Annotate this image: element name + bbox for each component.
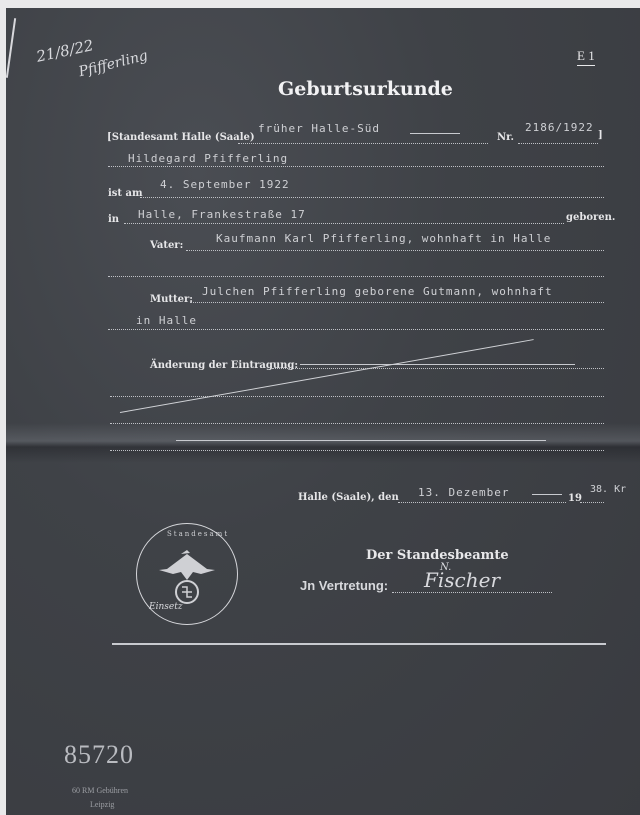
registry-value: früher Halle-Süd [258,122,380,135]
paper-fold [6,423,640,463]
issue-year-underline [580,502,604,503]
birth-date-underline [140,197,604,198]
father-label: Vater: [150,240,183,251]
issue-date-strike [532,494,562,495]
printer-line-2: Leipzig [90,800,114,809]
birth-date-value: 4. September 1922 [160,178,290,191]
registry-underline [238,143,488,144]
issue-date-value: 13. Dezember [418,486,509,499]
father-underline-2 [108,276,604,277]
registry-number-value: 2186/1922 [525,121,594,134]
mother-value-line2: in Halle [136,314,197,327]
issue-date-underline [398,502,566,503]
registry-label: [Standesamt Halle (Saale) [107,132,255,143]
birth-date-label: ist am [108,188,143,199]
birth-place-underline [124,223,564,224]
child-name-underline [108,166,604,167]
deputy-label: Jn Vertretung: [300,578,388,593]
registry-number-label: Nr. [497,132,514,143]
amendment-label: Änderung der Eintragung: [150,360,298,371]
signature-title: Der Standesbeamte [366,548,509,563]
registry-close-bracket: ] [598,130,603,141]
father-value: Kaufmann Karl Pfifferling, wohnhaft in H… [216,232,551,245]
amendment-line-2 [110,396,604,397]
seal-handwritten: Einsetz [149,602,183,612]
child-name-value: Hildegard Pfifferling [128,152,288,165]
form-code: E 1 [577,48,595,66]
document-title: Geburtsurkunde [278,78,453,100]
amendment-line-3 [110,423,604,424]
signature-underline [392,592,552,593]
seal-text-top: Standesamt [167,530,229,538]
mother-value: Julchen Pfifferling geborene Gutmann, wo… [202,285,553,298]
issue-place-label: Halle (Saale), den [298,492,399,503]
serial-number: 85720 [64,740,134,770]
registry-number-underline [518,143,598,144]
father-underline [186,250,604,251]
birth-place-value: Halle, Frankestraße 17 [138,208,306,221]
mother-underline-2 [108,329,604,330]
amendment-line-4 [110,450,604,451]
issue-year-value: 38. Kr [590,484,626,495]
amendment-strike [300,364,575,365]
birth-place-suffix: geboren. [566,212,615,223]
printer-line-1: 60 RM Gebühren [72,786,128,795]
bottom-rule [112,643,606,645]
amendment-cancel-stroke-2 [176,440,546,441]
mother-label: Mutter: [150,294,193,305]
official-seal: Standesamt Einsetz [136,523,238,625]
amendment-underline [272,368,604,369]
mother-underline [190,302,604,303]
birth-place-label: in [108,214,119,225]
registry-strike [410,133,460,134]
signature-handwriting: Fischer [424,568,500,592]
